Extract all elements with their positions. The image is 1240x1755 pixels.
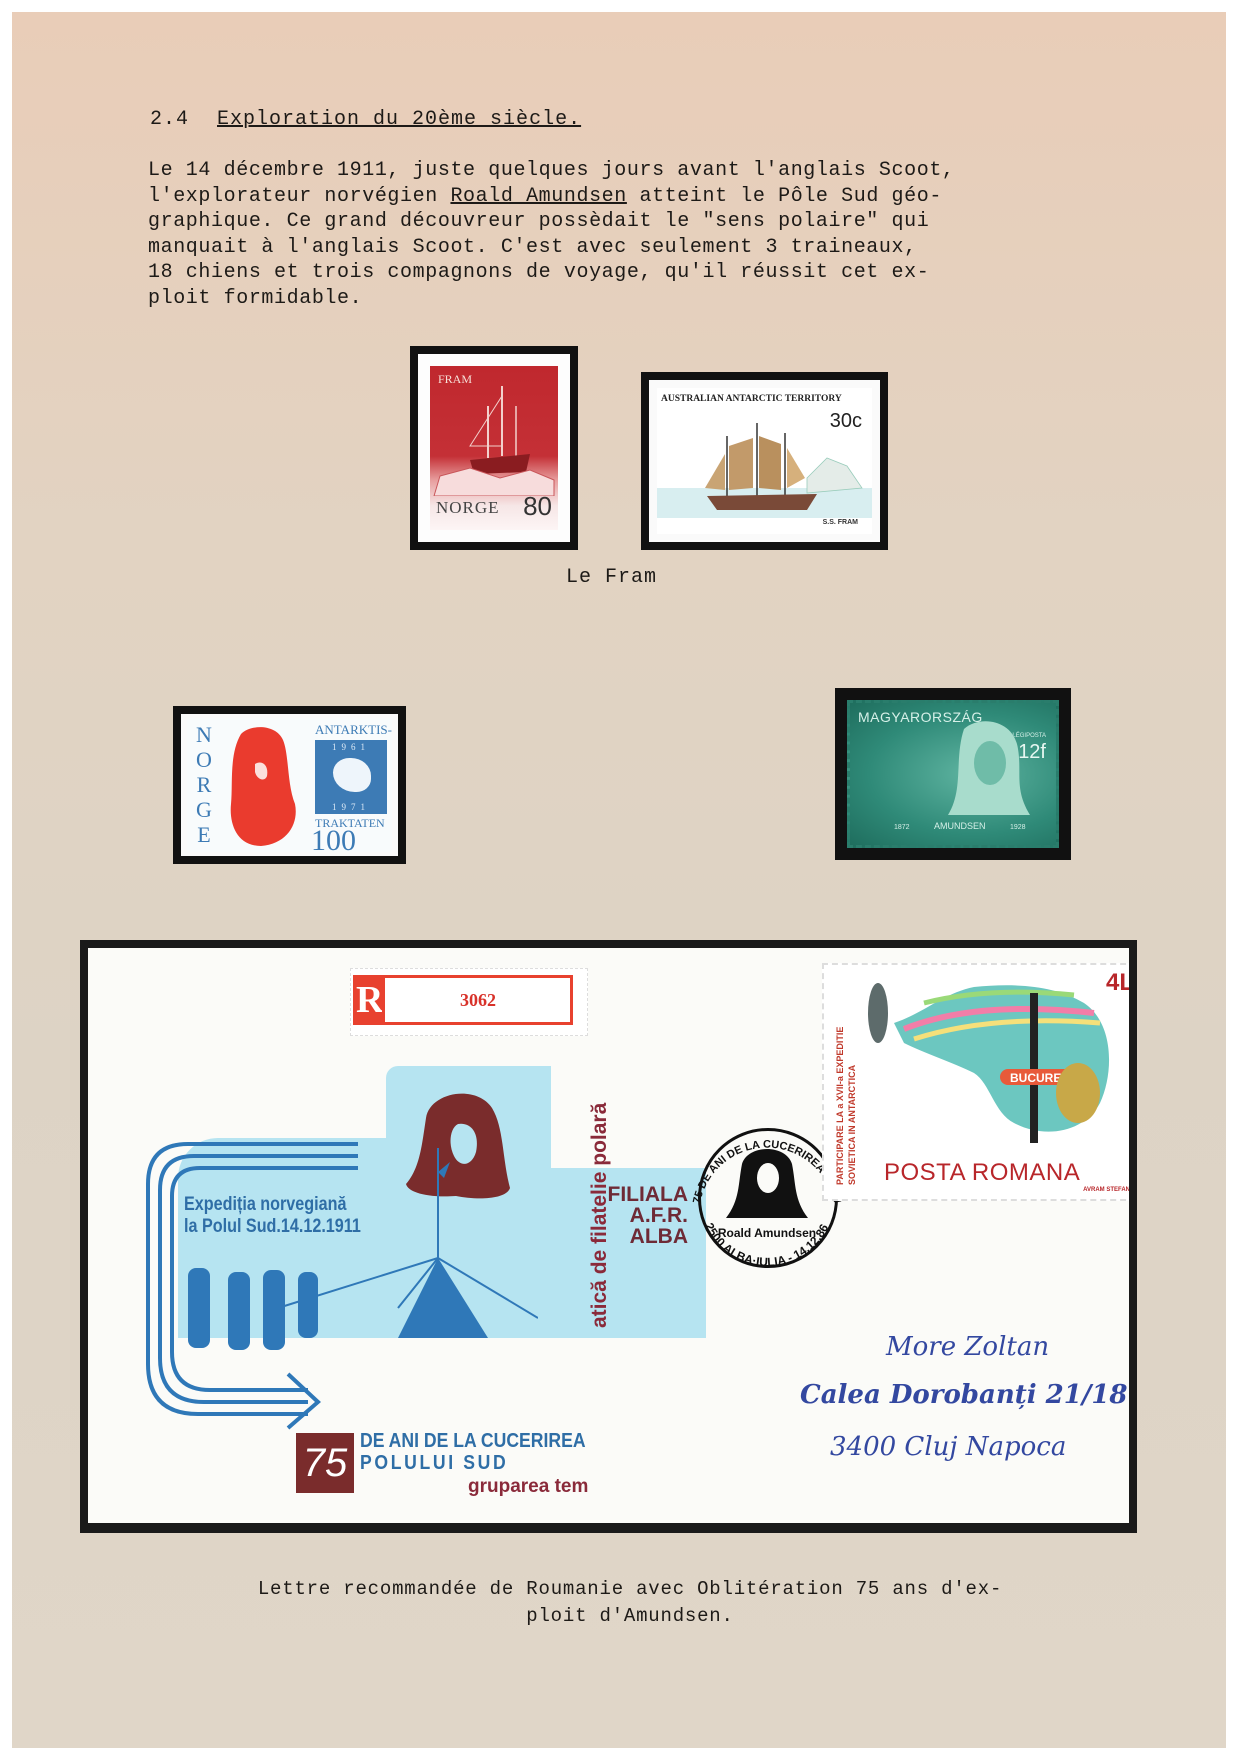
- amundsen-name: Roald Amundsen: [450, 185, 626, 208]
- branch-line: FILIALA: [568, 1184, 688, 1205]
- stamp-country: AUSTRALIAN ANTARCTIC TERRITORY: [661, 394, 842, 404]
- stamp-year-left: 1872: [894, 824, 910, 831]
- paragraph-line: atteint le Pôle Sud géo-: [627, 185, 942, 208]
- amundsen-portrait-icon: [944, 719, 1034, 819]
- stamp-country: NORGE: [436, 498, 500, 518]
- paragraph-line: 18 chiens et trois compagnons de voyage,…: [148, 261, 929, 284]
- caption-line: ploit d'Amundsen.: [150, 1603, 1110, 1630]
- side-text-line: SOVIETICA IN ANTARCTICA: [846, 1027, 858, 1185]
- registered-envelope: R 3062 Expediția norvegiană la Polul Sud…: [88, 948, 1129, 1523]
- stamp-side-text: PARTICIPARE LA a XVII-a EXPEDITIE SOVIET…: [834, 1027, 858, 1185]
- svg-text:75 DE ANI DE LA CUCERIREA POLU: 75 DE ANI DE LA CUCERIREA POLULUI SUD: [678, 1108, 843, 1205]
- anniversary-number: 75: [296, 1433, 354, 1493]
- stamp-designer: AVRAM STEFAN: [1083, 1187, 1129, 1193]
- paragraph-line: l'explorateur norvégien: [148, 185, 450, 208]
- ship-icon: [430, 376, 558, 496]
- stamp-value: 100: [311, 824, 356, 858]
- paragraph-line: ploit formidable.: [148, 287, 362, 310]
- caption-line: Lettre recommandée de Roumanie avec Obli…: [150, 1576, 1110, 1603]
- stamp-hungary-amundsen: MAGYARORSZÁG LÉGIPOSTA 12f AMUNDSEN 1872…: [835, 688, 1071, 860]
- thematic-group-vertical: atică de filatelie polară: [588, 1103, 612, 1328]
- anniversary-badge: 75: [296, 1433, 354, 1493]
- svg-text:2500 ALBA·IULIA - 14.12.86: 2500 ALBA·IULIA - 14.12.86: [702, 1221, 831, 1270]
- address-line-3: 3400 Cluj Napoca: [830, 1432, 1066, 1462]
- paragraph-line: Le 14 décembre 1911, juste quelques jour…: [148, 159, 955, 182]
- antarctica-map-icon: 1961 1971: [315, 740, 387, 814]
- antarctica-scene-icon: BUCUREȘTI: [864, 973, 1124, 1143]
- treaty-title: ANTARKTIS-: [315, 722, 392, 738]
- stamp-country: NORGE: [193, 722, 215, 847]
- registration-number: 3062: [386, 978, 570, 1022]
- address-line-1: More Zoltan: [886, 1332, 1049, 1362]
- branch-label: FILIALA A.F.R. ALBA: [568, 1184, 688, 1247]
- amundsen-portrait-icon: [221, 724, 301, 848]
- paragraph-line: graphique. Ce grand découvreur possèdait…: [148, 210, 929, 233]
- stamp-norge-antarctic-treaty: NORGE ANTARKTIS- 1961 1971 TRAKTATEN 100: [173, 706, 406, 864]
- stamp-country: POSTA ROMANA: [884, 1159, 1080, 1187]
- envelope-caption: Lettre recommandée de Roumanie avec Obli…: [150, 1576, 1110, 1630]
- section-heading: 2.4Exploration du 20ème siècle.: [150, 108, 581, 131]
- registration-letter: R: [356, 978, 382, 1022]
- stamp-norge-fram: FRAM NORGE 80: [410, 346, 578, 550]
- intro-paragraph: Le 14 décembre 1911, juste quelques jour…: [148, 158, 1128, 311]
- treaty-year-end: 1971: [315, 802, 387, 812]
- stamp-value: 4L: [1106, 969, 1129, 997]
- explorers-figures-icon: [183, 1258, 343, 1358]
- anniversary-line: DE ANI DE LA CUCERIREA: [360, 1430, 586, 1452]
- section-title: Exploration du 20ème siècle.: [217, 108, 581, 131]
- stamp-ship-name: S.S. FRAM: [823, 519, 858, 526]
- registration-label: R 3062: [350, 968, 588, 1036]
- anniversary-text: DE ANI DE LA CUCERIREA POLULUI SUD: [360, 1430, 586, 1474]
- paragraph-line: manquait à l'anglais Scoot. C'est avec s…: [148, 236, 917, 259]
- ship-icon: [657, 418, 872, 528]
- fram-caption: Le Fram: [566, 566, 657, 589]
- section-number: 2.4: [150, 108, 189, 131]
- treaty-year-start: 1961: [315, 742, 387, 752]
- branch-line: ALBA: [568, 1226, 688, 1247]
- branch-line: A.F.R.: [568, 1205, 688, 1226]
- stamp-value: 80: [523, 491, 552, 522]
- address-line-2: Calea Dorobanți 21/18: [800, 1380, 1128, 1410]
- thematic-group-text: gruparea tem: [468, 1476, 588, 1498]
- antarctica-shape: [333, 758, 371, 792]
- stamp-aat-fram: AUSTRALIAN ANTARCTIC TERRITORY 30c S.S. …: [641, 372, 888, 550]
- side-text-line: PARTICIPARE LA a XVII-a EXPEDITIE: [834, 1027, 846, 1185]
- anniversary-line: POLULUI SUD: [360, 1452, 586, 1474]
- stamp-posta-romana: PARTICIPARE LA a XVII-a EXPEDITIE SOVIET…: [822, 963, 1129, 1201]
- stamp-year-right: 1928: [1010, 824, 1026, 831]
- stamp-name: AMUNDSEN: [934, 821, 986, 831]
